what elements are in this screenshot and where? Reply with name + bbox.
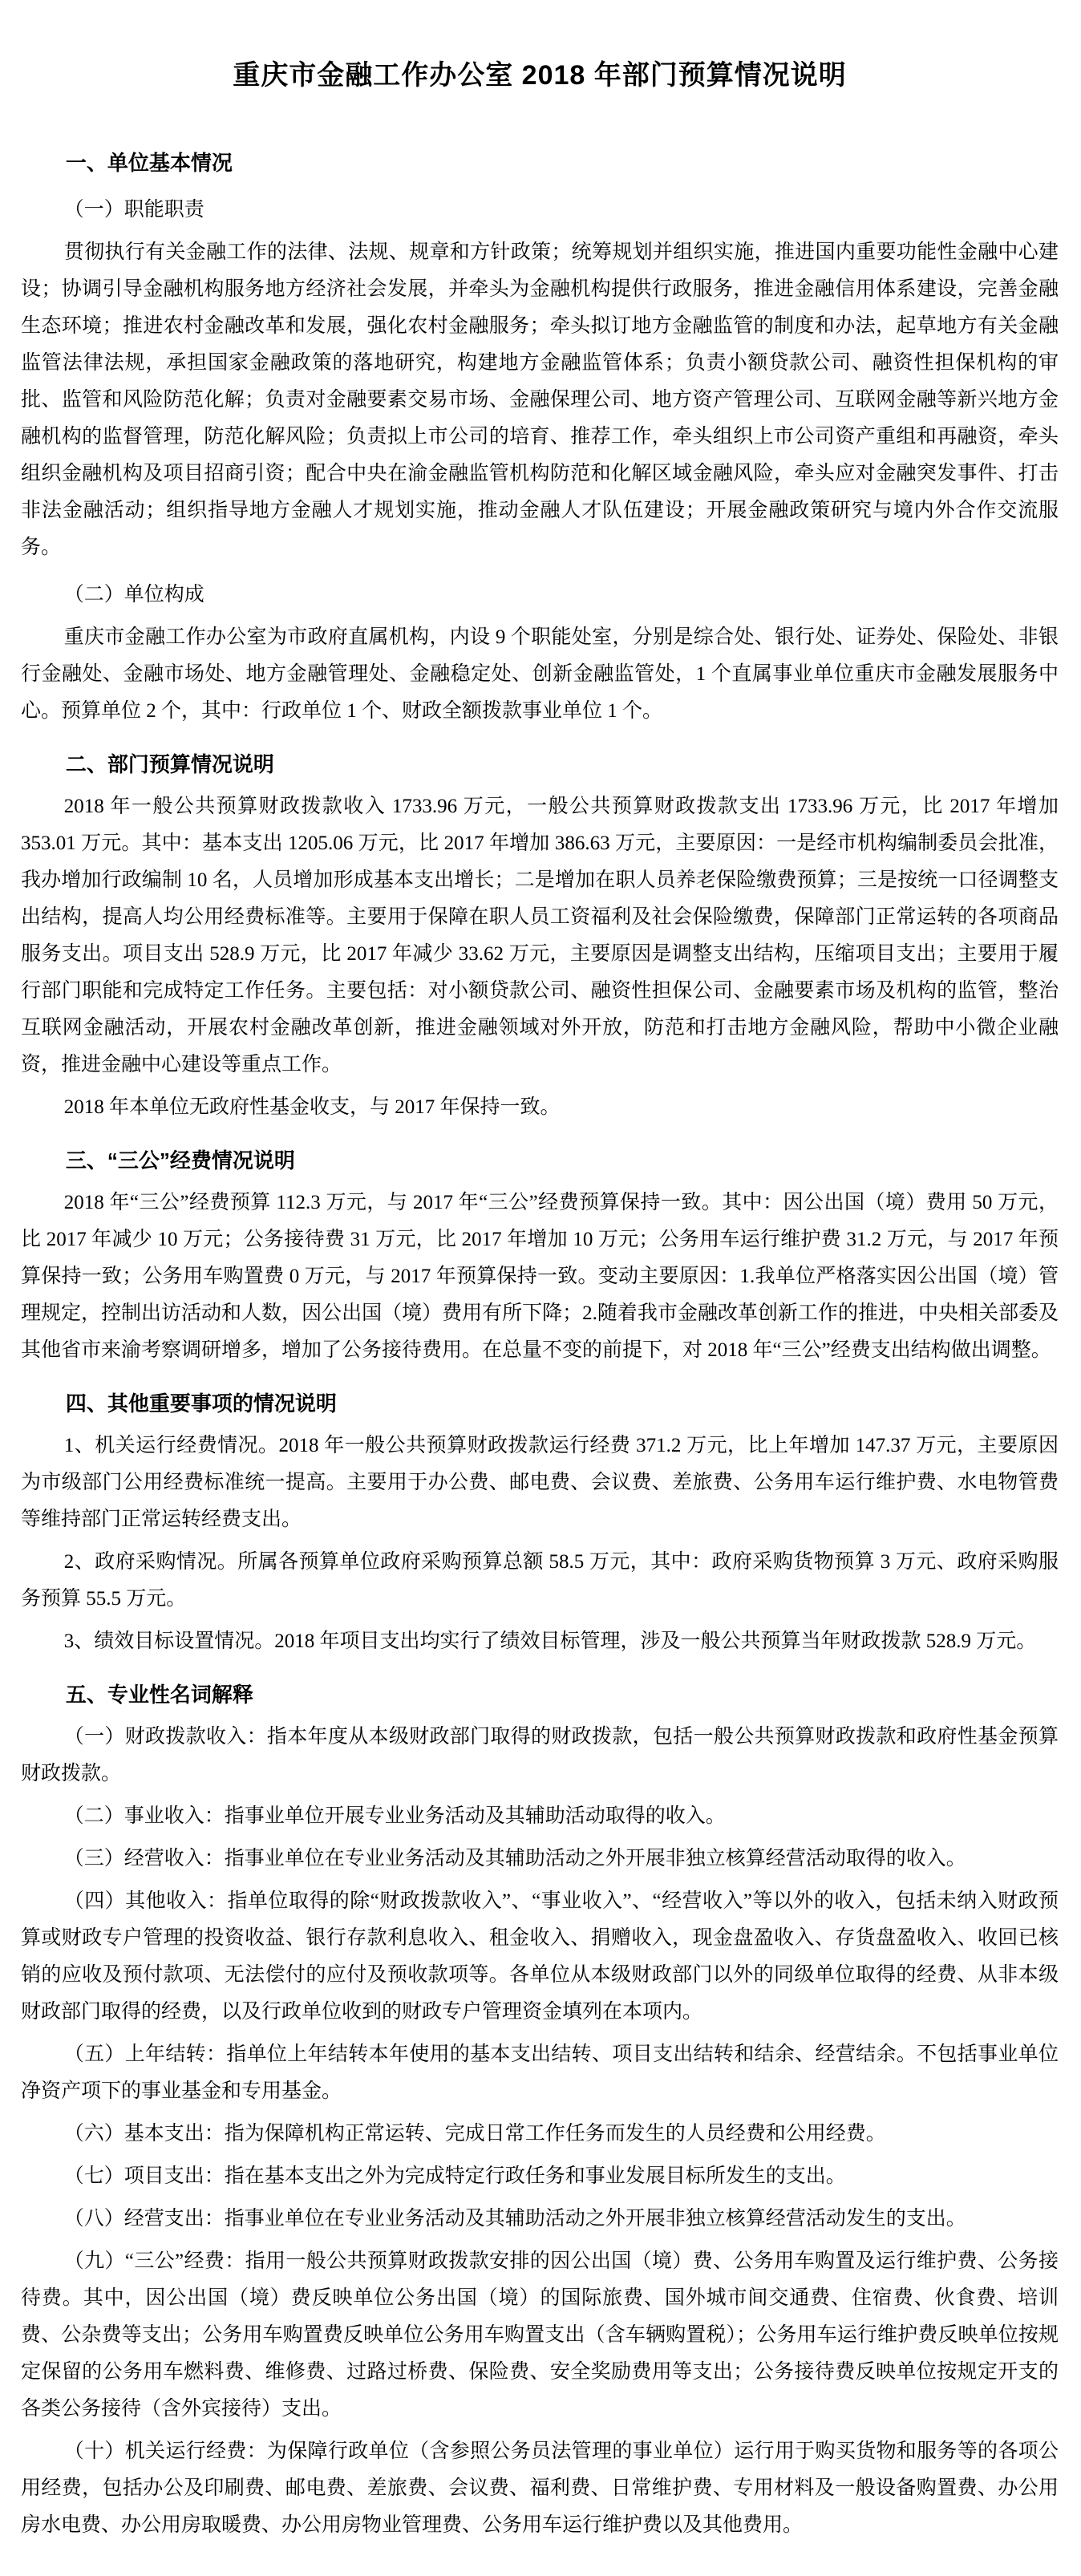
paragraph: 2、政府采购情况。所属各预算单位政府采购预算总额 58.5 万元，其中：政府采购…: [21, 1544, 1059, 1618]
page-title: 重庆市金融工作办公室 2018 年部门预算情况说明: [21, 58, 1059, 95]
paragraph: （六）基本支出：指为保障机构正常运转、完成日常工作任务而发生的人员经费和公用经费…: [21, 2116, 1059, 2153]
sub-heading: （一）职能职责: [21, 192, 1059, 229]
paragraph: （三）经营收入：指事业单位在专业业务活动及其辅助活动之外开展非独立核算经营活动取…: [21, 1841, 1059, 1877]
paragraph: （一）财政拨款收入：指本年度从本级财政部门取得的财政拨款，包括一般公共预算财政拨…: [21, 1719, 1059, 1792]
section-heading: 五、专业性名词解释: [21, 1676, 1059, 1713]
section-heading: 三、“三公”经费情况说明: [21, 1142, 1059, 1179]
paragraph: 3、绩效目标设置情况。2018 年项目支出均实行了绩效目标管理，涉及一般公共预算…: [21, 1623, 1059, 1660]
paragraph: （七）项目支出：指在基本支出之外为完成特定行政任务和事业发展目标所发生的支出。: [21, 2158, 1059, 2195]
paragraph: （四）其他收入：指单位取得的除“财政拨款收入”、“事业收入”、“经营收入”等以外…: [21, 1883, 1059, 2031]
section-heading: 二、部门预算情况说明: [21, 746, 1059, 783]
sub-heading: （二）单位构成: [21, 577, 1059, 614]
paragraph: 贯彻执行有关金融工作的法律、法规、规章和方针政策；统筹规划并组织实施，推进国内重…: [21, 234, 1059, 566]
paragraph: （五）上年结转：指单位上年结转本年使用的基本支出结转、项目支出结转和结余、经营结…: [21, 2036, 1059, 2110]
paragraph: （二）事业收入：指事业单位开展专业业务活动及其辅助活动取得的收入。: [21, 1798, 1059, 1835]
paragraph: （十）机关运行经费：为保障行政单位（含参照公务员法管理的事业单位）运行用于购买货…: [21, 2433, 1059, 2544]
document-body: 一、单位基本情况（一）职能职责贯彻执行有关金融工作的法律、法规、规章和方针政策；…: [21, 144, 1059, 2544]
budget-document-page: 重庆市金融工作办公室 2018 年部门预算情况说明 一、单位基本情况（一）职能职…: [0, 0, 1081, 2576]
paragraph: （八）经营支出：指事业单位在专业业务活动及其辅助活动之外开展非独立核算经营活动发…: [21, 2201, 1059, 2238]
paragraph: 2018 年本单位无政府性基金收支，与 2017 年保持一致。: [21, 1089, 1059, 1126]
paragraph: 重庆市金融工作办公室为市政府直属机构，内设 9 个职能处室，分别是综合处、银行处…: [21, 619, 1059, 730]
section-heading: 四、其他重要事项的情况说明: [21, 1385, 1059, 1422]
section-heading: 一、单位基本情况: [21, 144, 1059, 181]
paragraph: 1、机关运行经费情况。2018 年一般公共预算财政拨款运行经费 371.2 万元…: [21, 1428, 1059, 1538]
paragraph: 2018 年一般公共预算财政拨款收入 1733.96 万元，一般公共预算财政拨款…: [21, 788, 1059, 1083]
paragraph: （九）“三公”经费：指用一般公共预算财政拨款安排的因公出国（境）费、公务用车购置…: [21, 2243, 1059, 2428]
paragraph: 2018 年“三公”经费预算 112.3 万元，与 2017 年“三公”经费预算…: [21, 1185, 1059, 1369]
